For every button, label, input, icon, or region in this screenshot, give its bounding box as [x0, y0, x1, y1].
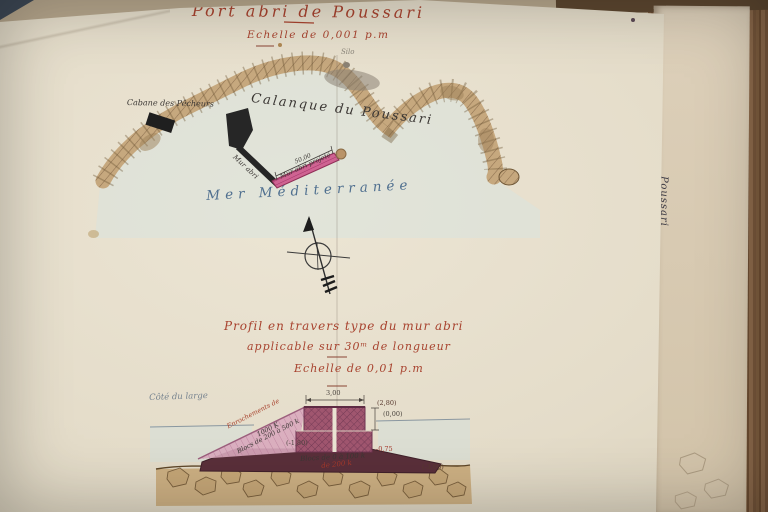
next-album-page: [650, 6, 750, 512]
profile-title-line2: applicable sur 30ᵐ de longueur: [247, 341, 451, 352]
profile-scale: Echelle de 0,01 p.m: [294, 363, 424, 374]
paper-stain: [88, 230, 99, 238]
cabane-label: Cabane des Pêcheurs: [127, 99, 214, 109]
photographed-album: Poussari: [0, 0, 768, 512]
dim-water-level: (0,00): [383, 411, 403, 418]
compass-rose-icon: [278, 208, 360, 304]
seaward-side-label: Côté du large: [149, 392, 208, 403]
profile-title-line1: Profil en travers type du mur abri: [224, 320, 463, 332]
dim-top-width: 3,00: [326, 390, 340, 397]
paper-stain: [278, 43, 282, 47]
plan-sheet: Port abri de Poussari Echelle de 0,001 p…: [0, 0, 664, 512]
show-through-marks: [650, 6, 750, 512]
silo-note: Silo: [341, 49, 355, 56]
silo-mark: [343, 62, 350, 68]
dim-crest-level: (2,80): [377, 400, 397, 407]
paper-stain: [631, 18, 635, 22]
dim-mid-level: (-1,80): [286, 440, 308, 447]
dim-seabed-level: (-3,00): [422, 464, 444, 471]
dim-berm-level: -0,75: [376, 446, 393, 453]
map-scale: Echelle de 0,001 p.m: [247, 30, 389, 41]
